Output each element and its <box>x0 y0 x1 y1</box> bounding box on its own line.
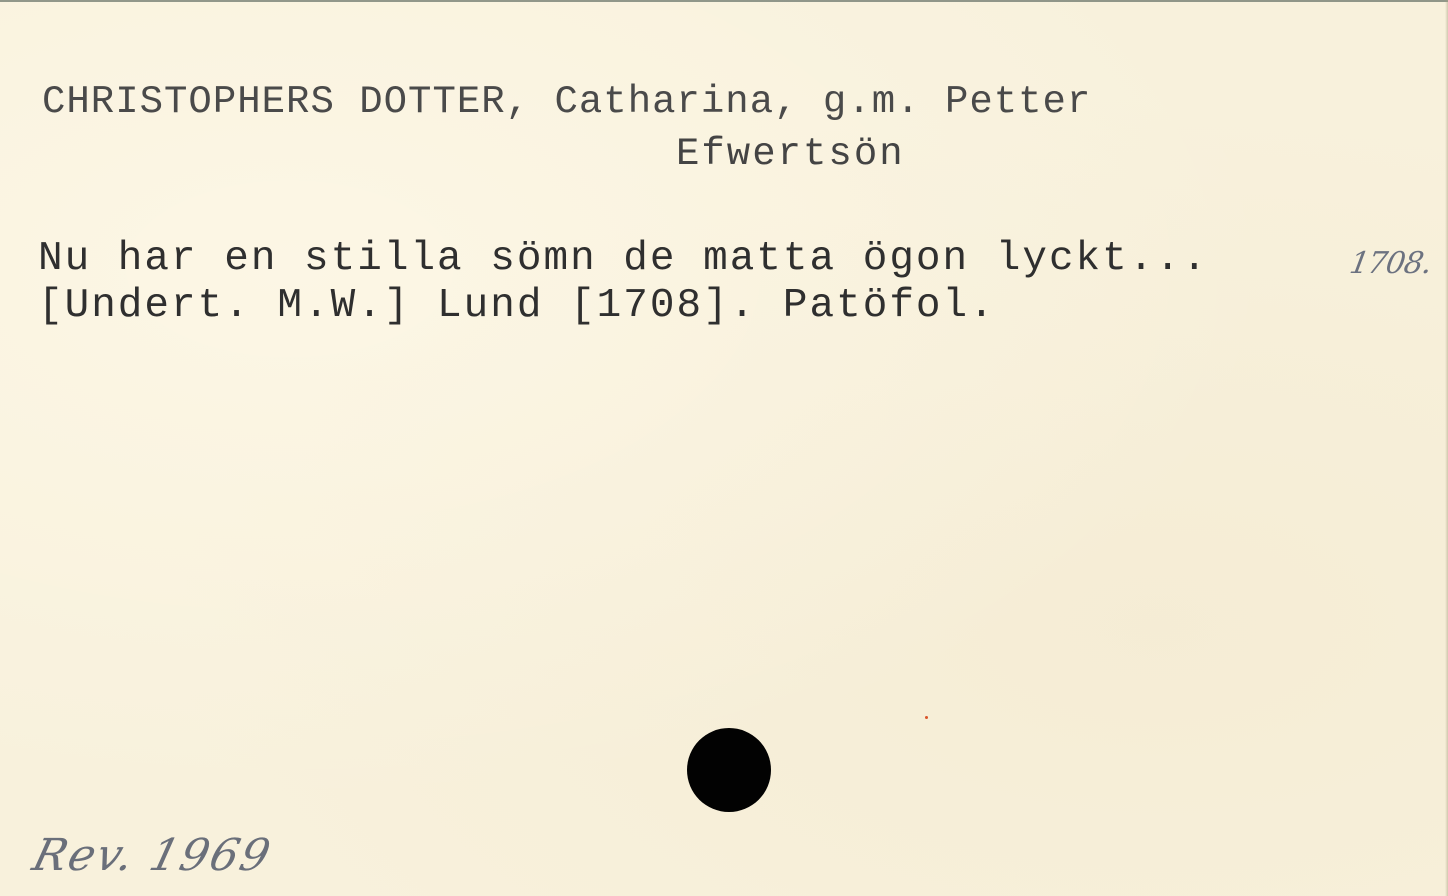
heading-author-continuation: Efwertsön <box>676 132 905 176</box>
card-top-edge <box>0 0 1448 2</box>
heading-author-line: CHRISTOPHERS DOTTER, Catharina, g.m. Pet… <box>42 80 1091 124</box>
imprint-line: [Undert. M.W.] Lund [1708]. Patöfol. <box>38 284 996 328</box>
punch-hole <box>687 728 771 812</box>
ink-speck <box>925 716 928 719</box>
title-line: Nu har en stilla sömn de matta ögon lyck… <box>38 237 1209 281</box>
handwritten-revision-note: Rev. 1969 <box>28 830 277 881</box>
handwritten-year-note: 1708. <box>1347 246 1434 281</box>
catalog-card: CHRISTOPHERS DOTTER, Catharina, g.m. Pet… <box>0 0 1448 896</box>
